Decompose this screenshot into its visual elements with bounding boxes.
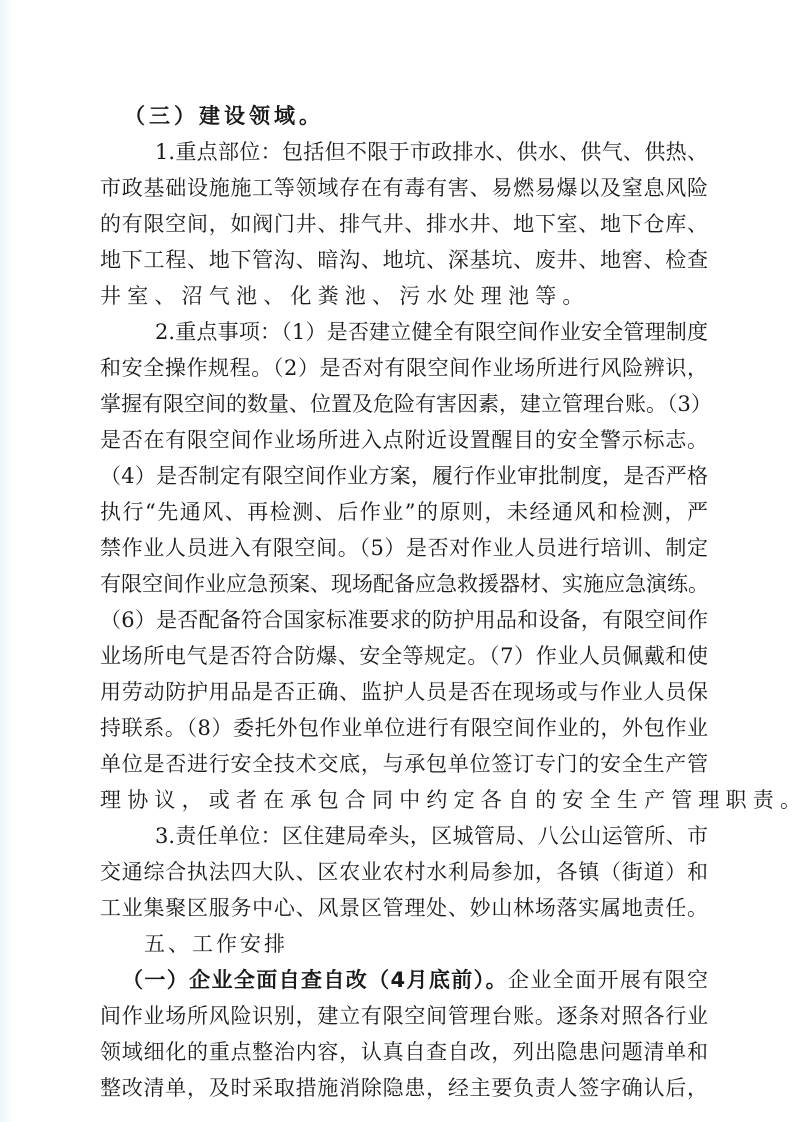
- scan-edge-tint: [0, 0, 14, 1122]
- paragraph-line: 地下工程、地下管沟、暗沟、地坑、深基坑、废井、地窖、检查: [100, 242, 708, 278]
- paragraph-line: 3.责任单位：区住建局牵头，区城管局、八公山运管所、市: [100, 818, 708, 854]
- paragraph-line: 市政基础设施施工等领域存在有毒有害、易燃易爆以及窒息风险: [100, 170, 708, 206]
- paragraph-line: 工业集聚区服务中心、风景区管理处、妙山林场落实属地责任。: [100, 890, 708, 926]
- paragraph-line: （一）企业全面自查自改（4月底前）。企业全面开展有限空: [100, 962, 708, 998]
- item-responsible-units: 3.责任单位：区住建局牵头，区城管局、八公山运管所、市 交通综合执法四大队、区农…: [100, 818, 708, 926]
- paragraph-line: 间作业场所风险识别，建立有限空间管理台账。逐条对照各行业: [100, 998, 708, 1034]
- paragraph-line: 掌握有限空间的数量、位置及危险有害因素，建立管理台账。（3）: [100, 386, 708, 422]
- paragraph-line: 和安全操作规程。（2）是否对有限空间作业场所进行风险辨识，: [100, 350, 708, 386]
- paragraph-line: 用劳动防护用品是否正确、监护人员是否在现场或与作业人员保: [100, 674, 708, 710]
- chapter-heading: 五、工作安排: [100, 926, 708, 962]
- paragraph-line: 整改清单，及时采取措施消除隐患，经主要负责人签字确认后，: [100, 1070, 708, 1106]
- paragraph-line: 有限空间作业应急预案、现场配备应急救援器材、实施应急演练。: [100, 566, 708, 602]
- paragraph-line: 1.重点部位：包括但不限于市政排水、供水、供气、供热、: [100, 134, 708, 170]
- paragraph-line: 2.重点事项：（1）是否建立健全有限空间作业安全管理制度: [100, 314, 708, 350]
- document-page: （三）建设领域。 1.重点部位：包括但不限于市政排水、供水、供气、供热、 市政基…: [100, 98, 708, 1106]
- bold-lead: （一）企业全面自查自改（4月底前）。: [122, 968, 508, 992]
- lead-rest: 企业全面开展有限空: [508, 968, 708, 992]
- paragraph-line: 持联系。（8）委托外包作业单位进行有限空间作业的，外包作业: [100, 710, 708, 746]
- paragraph-line: （4）是否制定有限空间作业方案，履行作业审批制度，是否严格: [100, 458, 708, 494]
- section-heading: （三）建设领域。: [100, 98, 708, 134]
- paragraph-line: 是否在有限空间作业场所进入点附近设置醒目的安全警示标志。: [100, 422, 708, 458]
- work-item-self-inspection: （一）企业全面自查自改（4月底前）。企业全面开展有限空 间作业场所风险识别，建立…: [100, 962, 708, 1106]
- paragraph-line: （6）是否配备符合国家标准要求的防护用品和设备，有限空间作: [100, 602, 708, 638]
- paragraph-line: 理协议，或者在承包合同中约定各自的安全生产管理职责。: [100, 782, 708, 818]
- item-key-matters: 2.重点事项：（1）是否建立健全有限空间作业安全管理制度 和安全操作规程。（2）…: [100, 314, 708, 818]
- paragraph-line: 单位是否进行安全技术交底，与承包单位签订专门的安全生产管: [100, 746, 708, 782]
- paragraph-line: 禁作业人员进入有限空间。（5）是否对作业人员进行培训、制定: [100, 530, 708, 566]
- item-key-locations: 1.重点部位：包括但不限于市政排水、供水、供气、供热、 市政基础设施施工等领域存…: [100, 134, 708, 314]
- paragraph-line: 井室、沼气池、化粪池、污水处理池等。: [100, 278, 708, 314]
- paragraph-line: 的有限空间，如阀门井、排气井、排水井、地下室、地下仓库、: [100, 206, 708, 242]
- scan-speck: [682, 1056, 684, 1058]
- paragraph-line: 业场所电气是否符合防爆、安全等规定。（7）作业人员佩戴和使: [100, 638, 708, 674]
- paragraph-line: 执行“先通风、再检测、后作业”的原则，未经通风和检测，严: [100, 494, 708, 530]
- paragraph-line: 领域细化的重点整治内容，认真自查自改，列出隐患问题清单和: [100, 1034, 708, 1070]
- paragraph-line: 交通综合执法四大队、区农业农村水利局参加，各镇（街道）和: [100, 854, 708, 890]
